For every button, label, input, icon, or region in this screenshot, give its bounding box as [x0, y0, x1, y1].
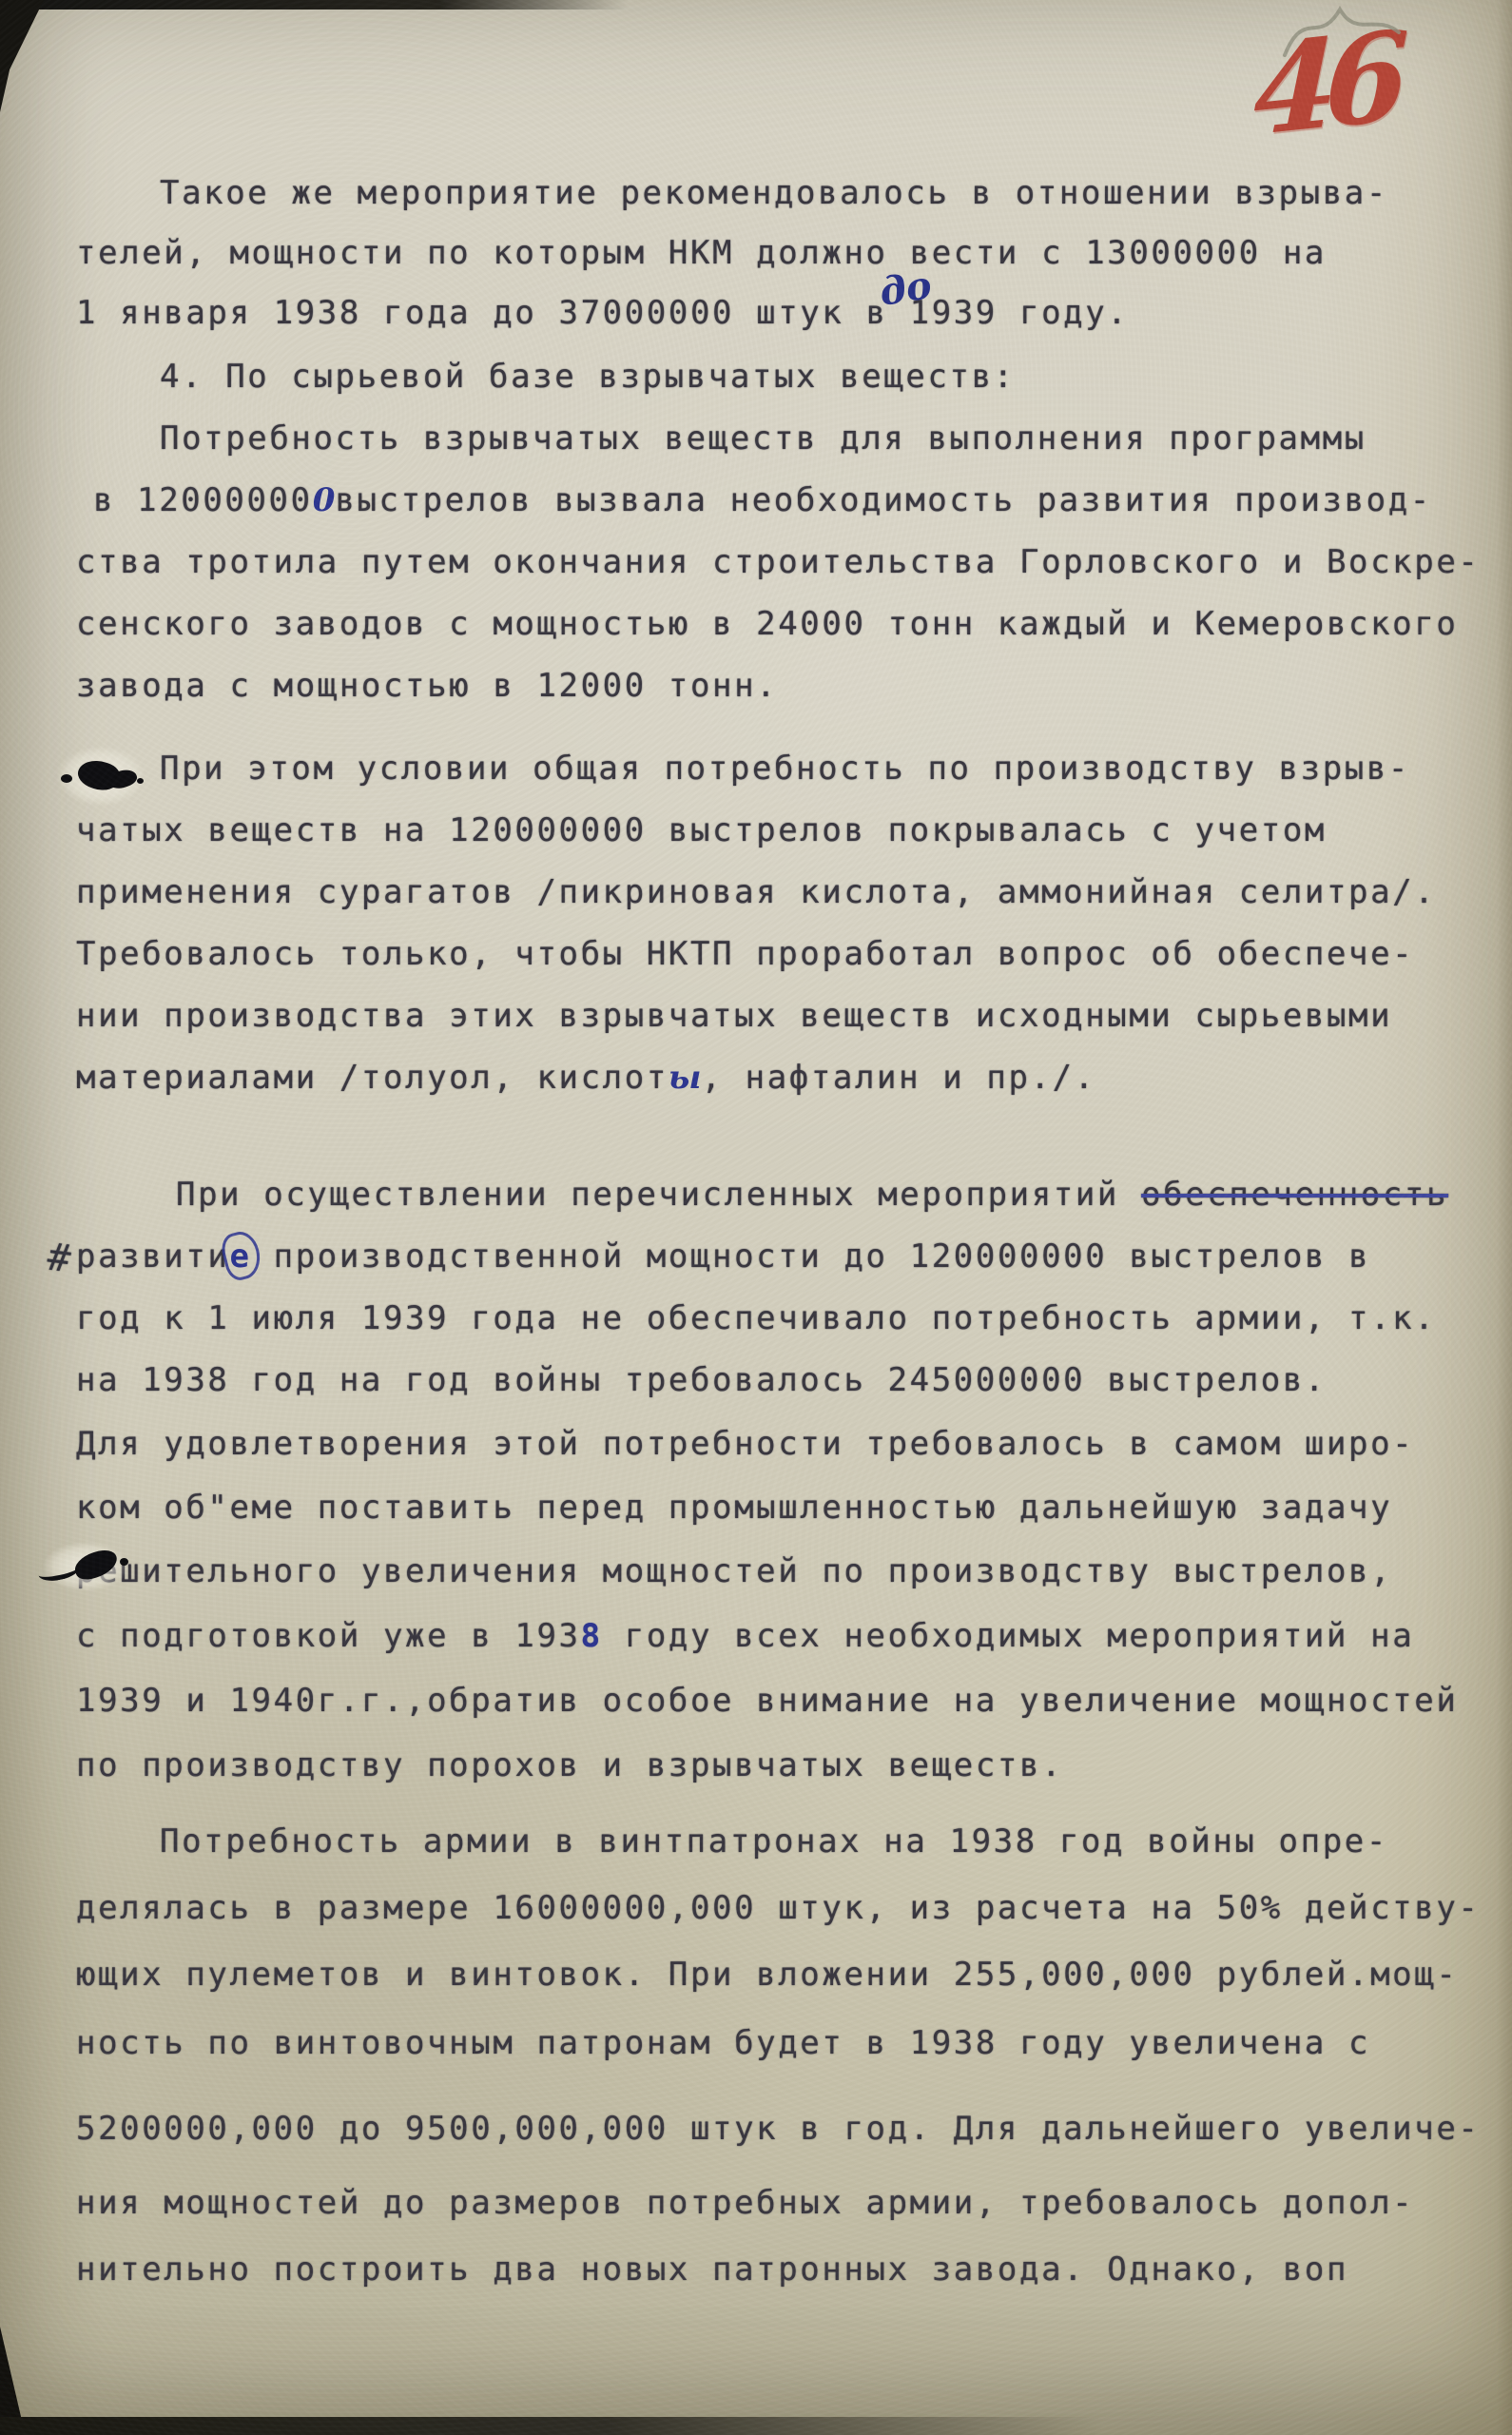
typed-segment: по производству порохов и взрывчатых вещ… [76, 1746, 1063, 1784]
scan-edge-top [0, 0, 628, 10]
typed-segment: 4. По сырьевой базе взрывчатых веществ: [160, 358, 1016, 396]
text-line: ющих пулеметов и винтовок. При вложении … [76, 1958, 1458, 1993]
typed-segment: Такое же мероприятие рекомендовалось в о… [160, 174, 1388, 212]
typed-segment: 1 января 1938 года до 37000000 штук в 19… [76, 294, 1129, 332]
typed-segment: При осуществлении перечисленных мероприя… [176, 1176, 1141, 1214]
text-line: ком об"еме поставить перед промышленност… [76, 1490, 1392, 1526]
typed-segment: решительного увеличения мощностей по про… [76, 1552, 1392, 1590]
text-line: нии производства этих взрывчатых веществ… [76, 999, 1392, 1034]
margin-insert-mark: # [45, 1236, 73, 1282]
ink-blot [38, 1543, 152, 1600]
typed-segment: на 1938 год на год войны требовалось 245… [76, 1361, 1327, 1399]
scan-edge-bottom [0, 2417, 1103, 2435]
ink-blot [59, 750, 173, 816]
typed-segment: Потребность армии в винтпатронах на 1938… [160, 1822, 1388, 1860]
annotated-segment: 8 [581, 1617, 603, 1655]
typed-segment: ства тротила путем окончания строительст… [76, 543, 1480, 581]
typed-segment: материалами /толуол, кислот [76, 1059, 669, 1097]
text-line: 4. По сырьевой базе взрывчатых веществ: [160, 360, 1016, 395]
page-paper: Такое же мероприятие рекомендовалось в о… [0, 0, 1512, 2435]
text-line: завода с мощностью в 12000 тонн. [76, 669, 778, 704]
text-line: При этом условии общая потребность по пр… [160, 751, 1410, 787]
text-line: по производству порохов и взрывчатых вещ… [76, 1748, 1063, 1783]
text-line: Потребность армии в винтпатронах на 1938… [160, 1824, 1388, 1860]
typed-segment: в 12000000 [93, 481, 313, 519]
typed-segment: Требовалось только, чтобы НКТП проработа… [76, 935, 1414, 973]
annotated-segment: 0 [313, 481, 336, 519]
text-line: сенского заводов с мощностью в 24000 тон… [76, 607, 1458, 642]
text-line: Потребность взрывчатых веществ для выпол… [160, 421, 1367, 457]
document-scan: Такое же мероприятие рекомендовалось в о… [0, 0, 1512, 2435]
typed-segment: делялась в размере 16000000,000 штук, из… [76, 1889, 1480, 1927]
typed-segment: завода с мощностью в 12000 тонн. [76, 667, 778, 705]
text-line: ства тротила путем окончания строительст… [76, 545, 1480, 580]
text-line: Требовалось только, чтобы НКТП проработа… [76, 937, 1414, 972]
typed-segment: году всех необходимых мероприятий на [603, 1617, 1415, 1655]
typed-segment: с подготовкой уже в 193 [76, 1617, 581, 1655]
typed-segment: При этом условии общая потребность по пр… [160, 750, 1410, 788]
text-line: телей, мощности по которым НКМ должно ве… [76, 236, 1327, 271]
text-line: с подготовкой уже в 1938 году всех необх… [76, 1619, 1414, 1654]
typed-segment: нии производства этих взрывчатых веществ… [76, 997, 1392, 1035]
text-line: 1 января 1938 года до 37000000 штук в 19… [76, 296, 1129, 331]
typed-segment: нительно построить два новых патронных з… [76, 2250, 1348, 2289]
text-line: год к 1 июля 1939 года не обеспечивало п… [76, 1301, 1436, 1336]
annotated-segment: ы [669, 1059, 702, 1097]
typed-segment: выстрелов вызвала необходимость развития… [335, 481, 1432, 519]
text-line: развитие производственной мощности до 12… [76, 1239, 1370, 1275]
typed-segment: применения сурагатов /пикриновая кислота… [76, 873, 1436, 911]
text-line: ния мощностей до размеров потребных арми… [76, 2186, 1414, 2221]
typed-segment: год к 1 июля 1939 года не обеспечивало п… [76, 1299, 1436, 1337]
typed-segment: ющих пулеметов и винтовок. При вложении … [76, 1956, 1458, 1994]
text-line: материалами /толуол, кислоты, нафталин и… [76, 1061, 1096, 1096]
text-line: ность по винтовочным патронам будет в 19… [76, 2026, 1370, 2061]
text-line: чатых веществ на 120000000 выстрелов пок… [76, 813, 1327, 848]
typed-segment: ком об"еме поставить перед промышленност… [76, 1489, 1392, 1527]
text-line: в 120000000выстрелов вызвала необходимос… [93, 483, 1432, 518]
typed-segment: ния мощностей до размеров потребных арми… [76, 2184, 1414, 2222]
text-line: Для удовлетворения этой потребности треб… [76, 1427, 1414, 1462]
pencil-scribble [1277, 0, 1420, 80]
annotated-segment: е [230, 1237, 252, 1276]
typed-segment: Потребность взрывчатых веществ для выпол… [160, 419, 1367, 458]
typed-segment: сенского заводов с мощностью в 24000 тон… [76, 605, 1458, 643]
typed-segment: производственной мощности до 120000000 в… [252, 1237, 1371, 1276]
text-line: 1939 и 1940г.г.,обратив особое внимание … [76, 1684, 1458, 1719]
typed-segment: 1939 и 1940г.г.,обратив особое внимание … [76, 1682, 1458, 1720]
text-line: решительного увеличения мощностей по про… [76, 1554, 1392, 1589]
typed-segment: чатых веществ на 120000000 выстрелов пок… [76, 811, 1327, 849]
typed-segment: телей, мощности по которым НКМ должно ве… [76, 234, 1327, 272]
text-line: 5200000,000 до 9500,000,000 штук в год. … [76, 2112, 1480, 2147]
typed-segment: , нафталин и пр./. [702, 1059, 1096, 1097]
typed-segment: развити [76, 1237, 230, 1276]
typed-segment: Для удовлетворения этой потребности треб… [76, 1425, 1414, 1463]
text-line: на 1938 год на год войны требовалось 245… [76, 1363, 1327, 1398]
text-line: Такое же мероприятие рекомендовалось в о… [160, 176, 1388, 211]
scan-corner-top-left [0, 0, 44, 112]
typed-segment: ность по винтовочным патронам будет в 19… [76, 2024, 1370, 2062]
text-line: нительно построить два новых патронных з… [76, 2252, 1348, 2288]
typed-segment: 5200000,000 до 9500,000,000 штук в год. … [76, 2110, 1480, 2148]
paper-edge-right-shadow [1497, 0, 1512, 2435]
annotated-segment: обеспеченность [1141, 1176, 1448, 1214]
handwritten-insertion-do: до [877, 263, 935, 315]
text-line: При осуществлении перечисленных мероприя… [176, 1178, 1448, 1213]
text-line: делялась в размере 16000000,000 штук, из… [76, 1891, 1480, 1926]
text-line: применения сурагатов /пикриновая кислота… [76, 875, 1436, 910]
